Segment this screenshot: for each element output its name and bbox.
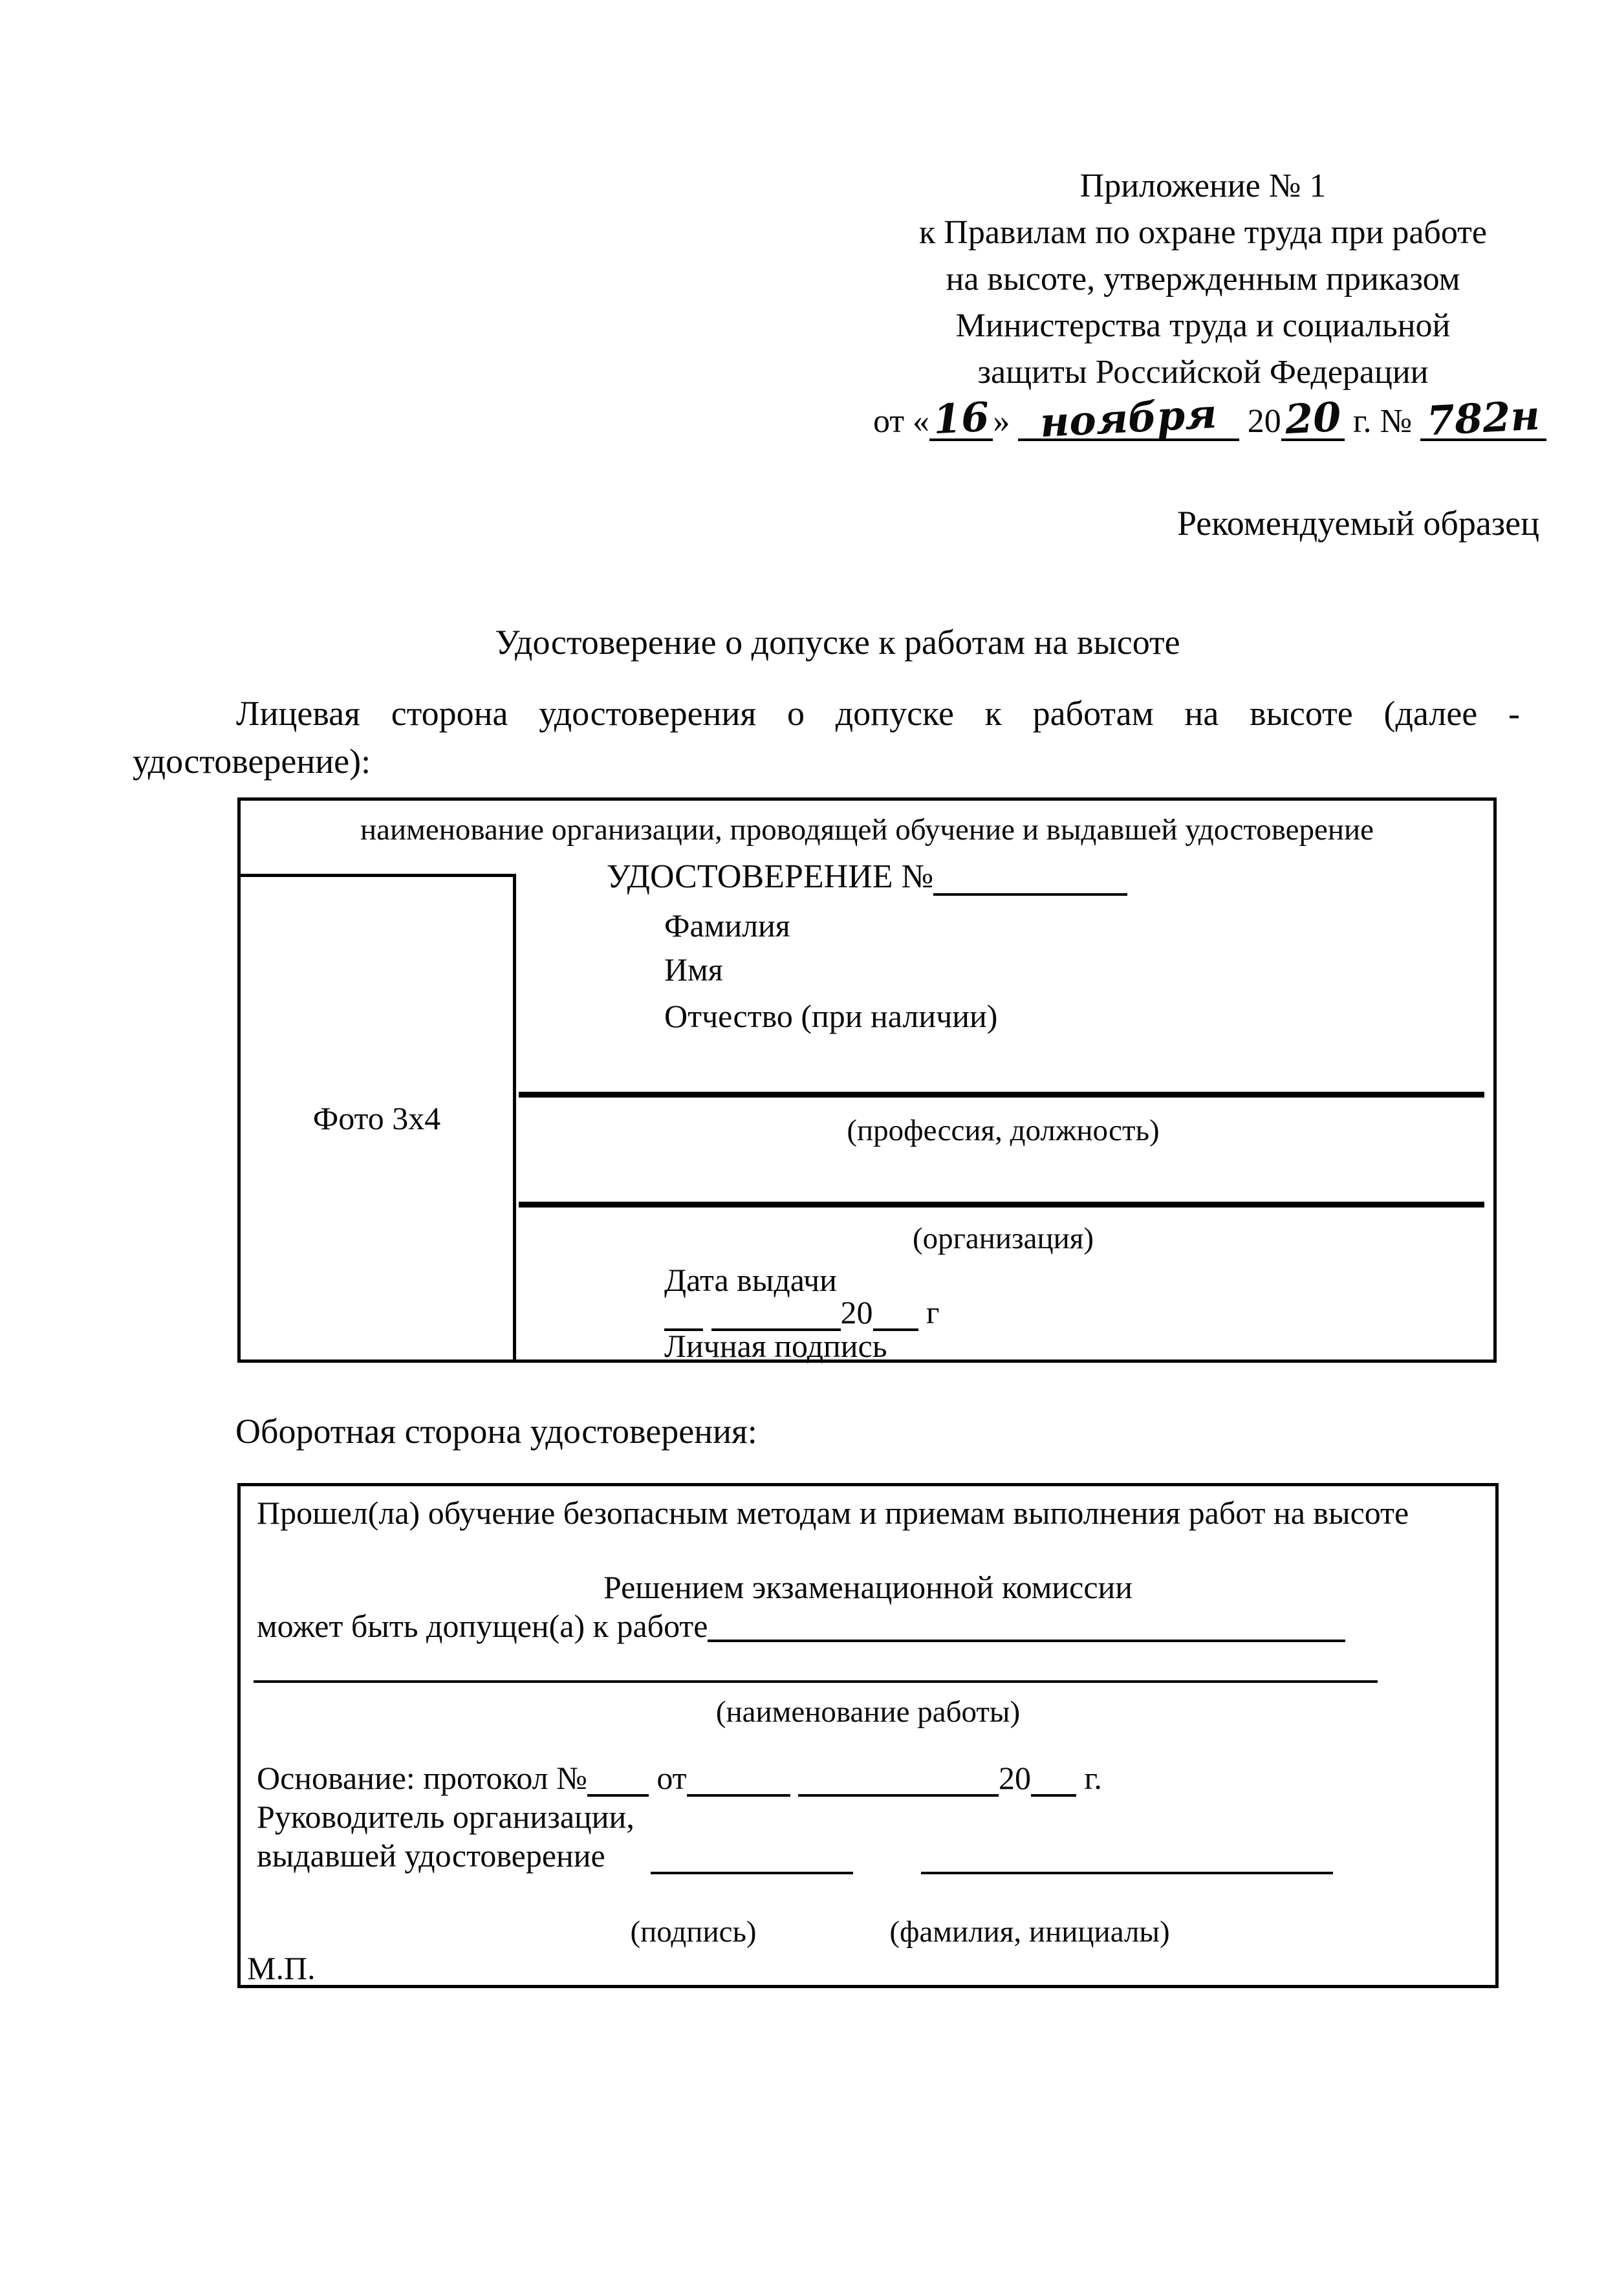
personal-signature-label: Личная подпись <box>664 1327 887 1365</box>
name-blank <box>921 1843 1333 1874</box>
protocol-year-blank <box>1031 1766 1076 1797</box>
number-blank: 782н <box>1420 398 1546 441</box>
day-blank <box>664 1300 703 1331</box>
handwritten-month: ноября <box>1039 394 1218 443</box>
protocol-month-blank <box>798 1766 999 1797</box>
number-sign-label: г. № <box>1353 403 1412 440</box>
year-printed: 20 <box>1248 403 1281 440</box>
day-blank: 16 <box>929 398 993 441</box>
commission-decision-line: Решением экзаменационной комиссии <box>241 1568 1495 1606</box>
handwritten-number: 782н <box>1426 395 1541 441</box>
organization-caption: (организация) <box>513 1221 1493 1256</box>
handwritten-day: 16 <box>932 397 990 440</box>
year-blank <box>873 1300 918 1331</box>
signature-caption: (подпись) <box>590 1914 797 1949</box>
month-blank <box>711 1300 841 1331</box>
photo-label: Фото 3x4 <box>313 1099 441 1137</box>
order-date-line: от «16» ноября 2020 г. № 782н <box>873 398 1533 445</box>
appendix-line: на высоте, утвержденным приказом <box>873 256 1533 303</box>
handwritten-year: 20 <box>1284 397 1341 440</box>
basis-year-prefix: 20 <box>999 1760 1031 1796</box>
certificate-number-blank <box>933 860 1127 896</box>
admitted-to-work-label: может быть допущен(а) к работе <box>257 1607 708 1645</box>
appendix-line: защиты Российской Федерации <box>873 349 1533 396</box>
appendix-line: Приложение № 1 <box>873 163 1533 210</box>
admitted-to-work-row: может быть допущен(а) к работе <box>257 1607 1345 1645</box>
photo-placeholder-cell: Фото 3x4 <box>241 874 516 1359</box>
date-prefix: от « <box>873 403 929 440</box>
appendix-line: Министерства труда и социальной <box>873 303 1533 349</box>
organization-rule-line <box>519 1202 1484 1208</box>
certificate-front-card: наименование организации, проводящей обу… <box>237 797 1497 1363</box>
page-title: Удостоверение о допуске к работам на выс… <box>133 622 1543 662</box>
profession-caption: (профессия, должность) <box>513 1113 1493 1148</box>
training-completed-line: Прошел(ла) обучение безопасным методам и… <box>257 1494 1409 1532</box>
intro-line-2: удостоверение): <box>133 737 1520 785</box>
signature-blank <box>651 1843 853 1874</box>
basis-year-suffix: г. <box>1085 1760 1102 1796</box>
issued-certificate-label: выдавшей удостоверение <box>257 1837 605 1874</box>
name-initials-caption: (фамилия, инициалы) <box>874 1914 1185 1949</box>
patronymic-field-label: Отчество (при наличии) <box>664 997 997 1035</box>
appendix-header-block: Приложение № 1 к Правилам по охране труд… <box>873 163 1533 445</box>
year-blank: 20 <box>1281 398 1345 441</box>
head-of-organization-line-2: выдавшей удостоверение <box>257 1837 1333 1874</box>
scanned-document-page: Приложение № 1 к Правилам по охране труд… <box>0 0 1604 2296</box>
year-suffix: г <box>926 1294 940 1330</box>
certificate-back-card: Прошел(ла) обучение безопасным методам и… <box>237 1483 1499 1988</box>
work-name-blank <box>708 1639 1345 1642</box>
front-side-intro: Лицевая сторона удостоверения о допуске … <box>133 689 1520 785</box>
work-name-caption: (наименование работы) <box>241 1695 1495 1729</box>
recommended-sample-label: Рекомендуемый образец <box>1177 503 1539 543</box>
intro-line-1: Лицевая сторона удостоверения о допуске … <box>133 689 1520 737</box>
appendix-line: к Правилам по охране труда при работе <box>873 210 1533 256</box>
issuing-organization-caption: наименование организации, проводящей обу… <box>241 812 1493 847</box>
back-side-label: Оборотная сторона удостоверения: <box>235 1411 757 1451</box>
basis-label: Основание: протокол № <box>257 1760 587 1796</box>
surname-field-label: Фамилия <box>664 907 790 944</box>
work-name-blank-line-2 <box>254 1680 1378 1683</box>
stamp-place-label: М.П. <box>247 1949 316 1987</box>
head-of-organization-line-1: Руководитель организации, <box>257 1798 634 1836</box>
protocol-day-blank <box>687 1766 790 1797</box>
year-prefix: 20 <box>841 1294 873 1330</box>
month-blank: ноября <box>1018 398 1239 441</box>
issue-date-blank-row: 20 г <box>664 1294 940 1331</box>
certificate-number-label: УДОСТОВЕРЕНИЕ № <box>607 858 933 895</box>
profession-rule-line <box>519 1092 1484 1098</box>
basis-protocol-row: Основание: протокол № от 20 г. <box>257 1759 1102 1797</box>
basis-ot-label: от <box>656 1760 686 1796</box>
name-field-label: Имя <box>664 951 723 988</box>
quote-close: » <box>993 403 1010 440</box>
protocol-number-blank <box>587 1766 649 1797</box>
